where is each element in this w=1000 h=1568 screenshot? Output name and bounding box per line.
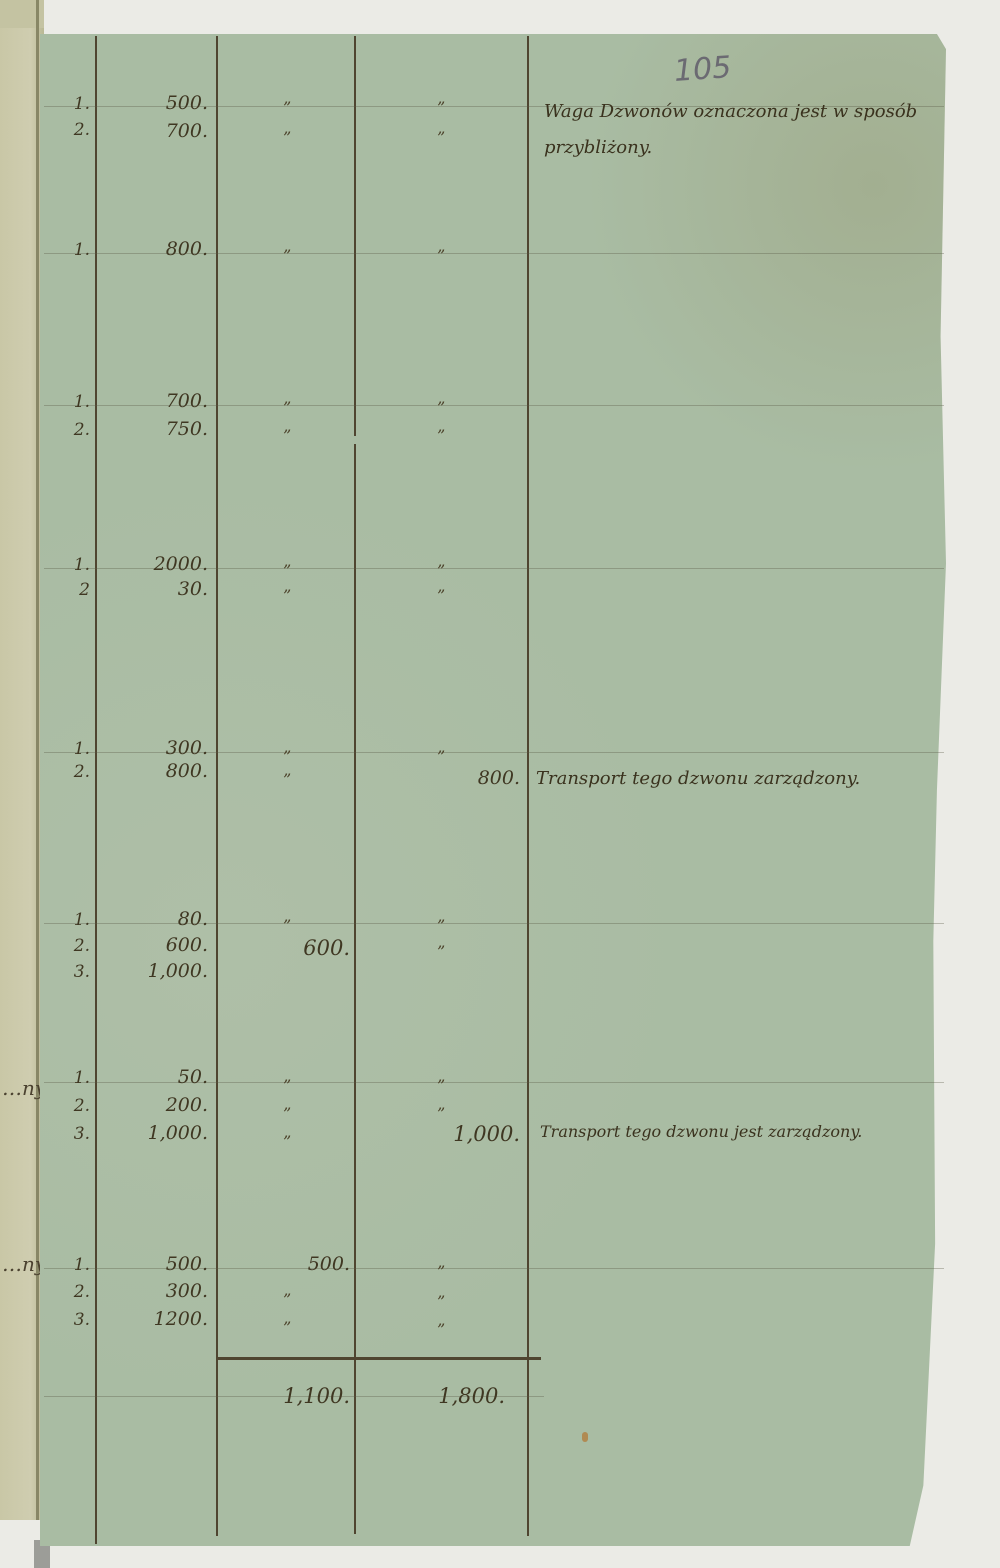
ditto-mark: ” xyxy=(283,98,291,117)
sent-value: 600. xyxy=(225,936,350,960)
binding-edge xyxy=(36,0,39,1520)
ditto-mark: ” xyxy=(437,942,445,961)
ditto-mark: ” xyxy=(437,398,445,417)
row-number: 2. xyxy=(60,120,90,140)
column-rule xyxy=(216,36,218,1536)
ditto-mark: ” xyxy=(283,586,291,605)
ditto-mark: ” xyxy=(437,1292,445,1311)
page-number: 105 xyxy=(673,50,733,89)
ditto-mark: ” xyxy=(283,1076,291,1095)
ditto-mark: ” xyxy=(283,426,291,445)
ditto-mark: ” xyxy=(283,398,291,417)
weight-value: 1,000. xyxy=(88,960,208,982)
row-number: 1. xyxy=(60,910,90,930)
ditto-mark: ” xyxy=(437,128,445,147)
ditto-mark: ” xyxy=(437,586,445,605)
row-number: 2. xyxy=(60,1282,90,1302)
ditto-mark: ” xyxy=(283,1104,291,1123)
row-number: 2. xyxy=(60,420,90,440)
ditto-mark: ” xyxy=(283,747,291,766)
weight-value: 30. xyxy=(88,578,208,600)
ditto-mark: ” xyxy=(283,916,291,935)
total-col3: 1,100. xyxy=(225,1384,350,1408)
weight-value: 2000. xyxy=(88,553,208,575)
column-rule xyxy=(527,36,529,1536)
ditto-mark: ” xyxy=(437,1104,445,1123)
weight-value: 700. xyxy=(88,120,208,142)
weight-value: 50. xyxy=(88,1066,208,1088)
ditto-mark: ” xyxy=(437,1076,445,1095)
ditto-mark: ” xyxy=(437,98,445,117)
ditto-mark: ” xyxy=(283,128,291,147)
weight-value: 80. xyxy=(88,908,208,930)
row-number: 1. xyxy=(60,94,90,114)
ditto-mark: ” xyxy=(437,246,445,265)
row-number: 2. xyxy=(60,1096,90,1116)
ditto-mark: ” xyxy=(437,1320,445,1339)
weight-value: 300. xyxy=(88,737,208,759)
row-number: 3. xyxy=(60,962,90,982)
weight-value: 800. xyxy=(88,760,208,782)
weight-value: 300. xyxy=(88,1280,208,1302)
weight-value: 750. xyxy=(88,418,208,440)
ditto-mark: ” xyxy=(283,1318,291,1337)
column-rule xyxy=(354,36,356,436)
remark-text: Waga Dzwonów oznaczona jest w sposób prz… xyxy=(544,94,924,166)
remark-text: Transport tego dzwonu jest zarządzony. xyxy=(540,1122,930,1141)
weight-value: 500. xyxy=(88,1253,208,1275)
row-number: 3. xyxy=(60,1124,90,1144)
weight-value: 500. xyxy=(88,92,208,114)
ditto-mark: ” xyxy=(283,246,291,265)
ditto-mark: ” xyxy=(283,770,291,789)
paper-stain xyxy=(582,1432,588,1442)
row-number: 1. xyxy=(60,392,90,412)
totals-rule xyxy=(216,1357,541,1360)
weight-value: 600. xyxy=(88,934,208,956)
ditto-mark: ” xyxy=(437,916,445,935)
weight-value: 1,000. xyxy=(88,1122,208,1144)
row-number: 1. xyxy=(60,555,90,575)
row-number: 2. xyxy=(60,936,90,956)
margin-note: …ny xyxy=(2,1076,46,1100)
margin-note: …ny xyxy=(2,1252,46,1276)
row-number: 1. xyxy=(60,739,90,759)
weight-value: 800. xyxy=(88,238,208,260)
column-rule xyxy=(354,444,356,1534)
ditto-mark: ” xyxy=(437,747,445,766)
ditto-mark: ” xyxy=(437,561,445,580)
total-col4: 1,800. xyxy=(380,1384,505,1408)
remark-text: Transport tego dzwonu zarządzony. xyxy=(536,768,860,789)
transport-value: 1,000. xyxy=(395,1122,520,1146)
transport-value: 800. xyxy=(400,767,520,789)
ditto-mark: ” xyxy=(283,561,291,580)
row-number: 1. xyxy=(60,1068,90,1088)
row-number: 3. xyxy=(60,1310,90,1330)
ditto-mark: ” xyxy=(283,1132,291,1151)
row-number: 1. xyxy=(60,1255,90,1275)
weight-value: 700. xyxy=(88,390,208,412)
row-number: 1. xyxy=(60,240,90,260)
weight-value: 1200. xyxy=(88,1308,208,1330)
row-number: 2 xyxy=(60,580,90,600)
ditto-mark: ” xyxy=(437,1262,445,1281)
ditto-mark: ” xyxy=(437,426,445,445)
sent-value: 500. xyxy=(225,1253,350,1275)
ditto-mark: ” xyxy=(283,1290,291,1309)
weight-value: 200. xyxy=(88,1094,208,1116)
row-number: 2. xyxy=(60,762,90,782)
